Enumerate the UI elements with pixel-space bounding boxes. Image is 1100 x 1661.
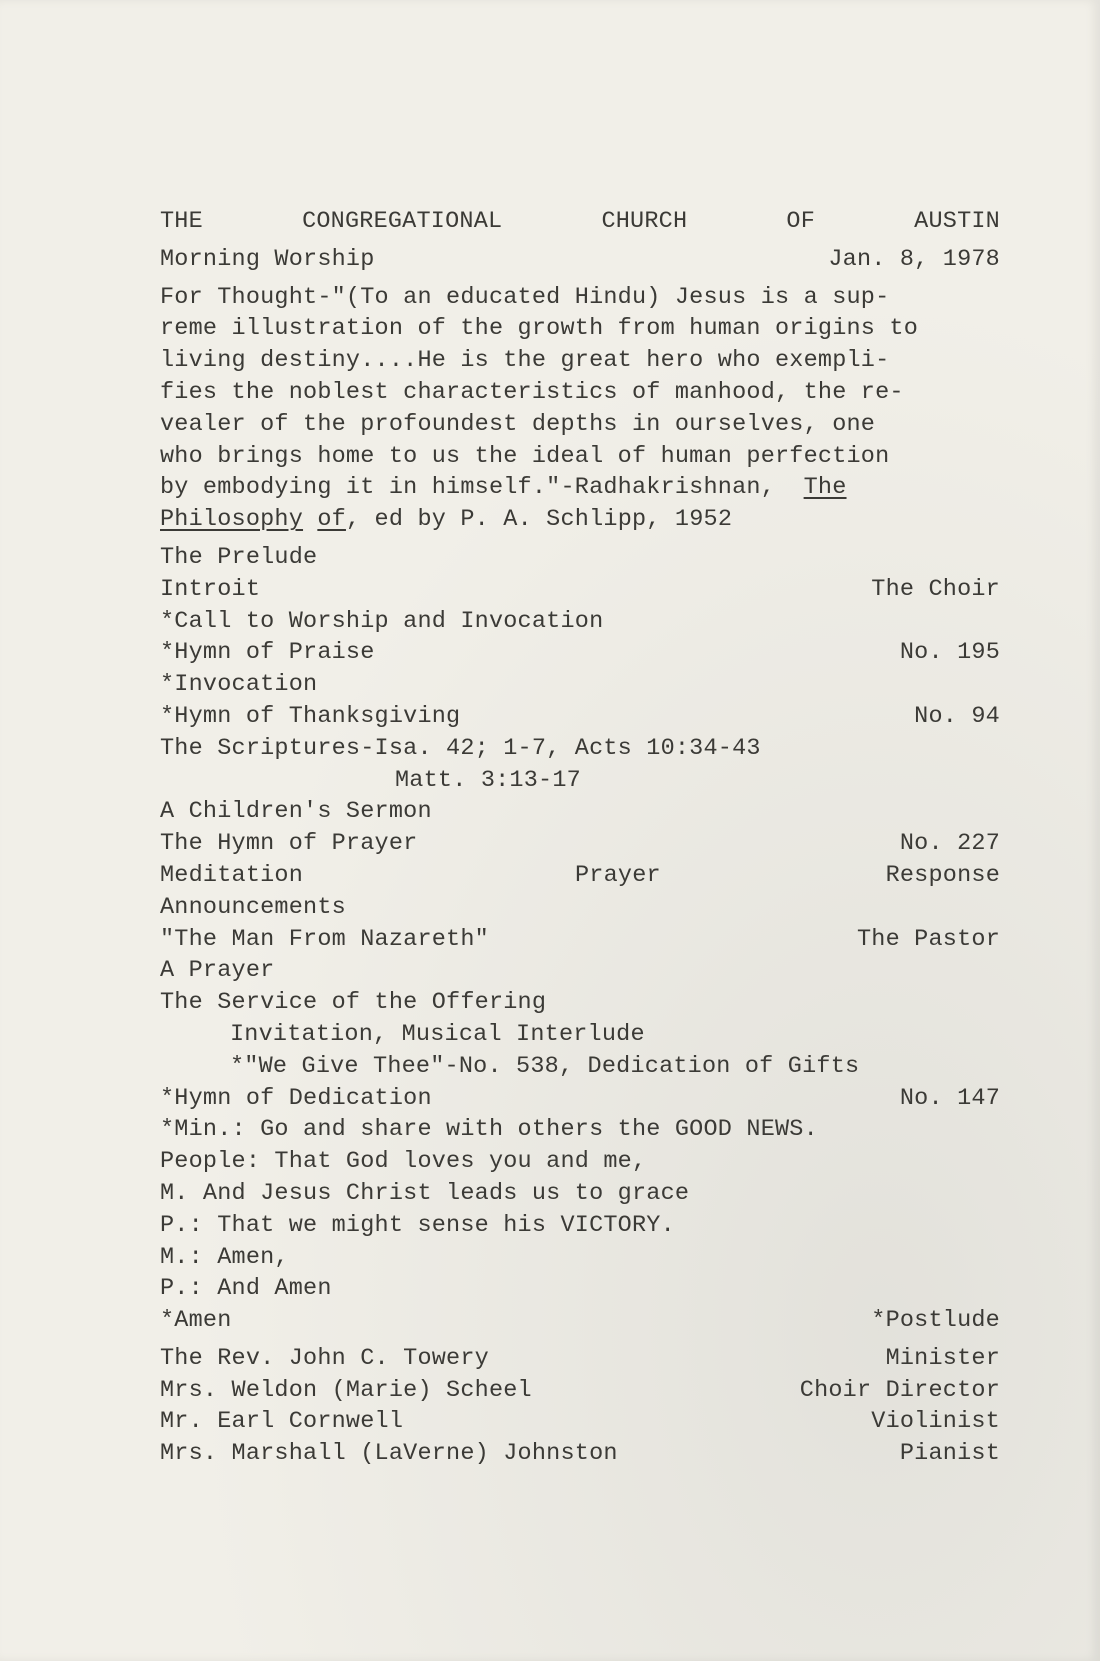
bulletin-text: THE CONGREGATIONAL CHURCH OF AUSTIN Morn… [160,206,1000,1470]
order-item-label: Introit [160,574,260,606]
citation: , ed by P. A. Schlipp, 1952 [346,506,732,533]
staff-name: Mr. Earl Cornwell [160,1406,403,1438]
order-item: Announcements [160,892,1000,924]
order-item: A Prayer [160,955,1000,987]
staff-name: Mrs. Marshall (LaVerne) Johnston [160,1438,618,1470]
staff-row: The Rev. John C. ToweryMinister [160,1343,1000,1375]
order-item: People: That God loves you and me, [160,1146,1000,1178]
order-item: The Prelude [160,542,1000,574]
order-item: "The Man From Nazareth"The Pastor [160,924,1000,956]
order-item-label: The Scriptures-Isa. 42; 1-7, Acts 10:34-… [160,733,761,765]
order-item: MeditationPrayerResponse [160,860,1000,892]
order-item-label: Matt. 3:13-17 [160,765,581,797]
order-item-label: *Hymn of Thanksgiving [160,701,460,733]
order-item-middle: Prayer [575,860,661,892]
staff-row: Mrs. Marshall (LaVerne) JohnstonPianist [160,1438,1000,1470]
order-item-label: *Invocation [160,669,317,701]
order-item-label: Announcements [160,892,346,924]
title-word: CHURCH [601,206,687,238]
quote-line: by embodying it in himself."-Radhakrishn… [160,472,1000,504]
quote-text [303,506,317,533]
order-item-label: P.: And Amen [160,1273,332,1305]
book-title-part: The [804,474,847,501]
book-title-part: Philosophy [160,506,303,533]
order-item: *Hymn of DedicationNo. 147 [160,1083,1000,1115]
order-item-label: A Children's Sermon [160,796,432,828]
order-item: *Hymn of ThanksgivingNo. 94 [160,701,1000,733]
order-item: A Children's Sermon [160,796,1000,828]
order-item: *Min.: Go and share with others the GOOD… [160,1114,1000,1146]
staff-name: Mrs. Weldon (Marie) Scheel [160,1375,532,1407]
staff-role: Pianist [900,1438,1000,1470]
order-item: *"We Give Thee"-No. 538, Dedication of G… [160,1051,1000,1083]
order-item: Invitation, Musical Interlude [160,1019,1000,1051]
order-item-detail: No. 94 [914,701,1000,733]
quote-line: fies the noblest characteristics of manh… [160,377,1000,409]
order-item-label: People: That God loves you and me, [160,1146,646,1178]
title-word: OF [786,206,815,238]
order-item-label: The Hymn of Prayer [160,828,417,860]
order-item: IntroitThe Choir [160,574,1000,606]
order-item-label: Meditation [160,860,303,892]
order-item-label: *Hymn of Praise [160,637,375,669]
quote-line: reme illustration of the growth from hum… [160,313,1000,345]
order-item-label: The Service of the Offering [160,987,546,1019]
quote-line: vealer of the profoundest depths in ours… [160,409,1000,441]
order-item-label: A Prayer [160,955,274,987]
order-of-worship: The PreludeIntroitThe Choir*Call to Wors… [160,542,1000,1337]
title-word: THE [160,206,203,238]
service-name: Morning Worship [160,244,375,276]
order-item-label: *Min.: Go and share with others the GOOD… [160,1114,818,1146]
order-item-detail: No. 195 [900,637,1000,669]
order-item-label: *Call to Worship and Invocation [160,606,603,638]
quote-line: Philosophy of, ed by P. A. Schlipp, 1952 [160,504,1000,536]
order-item-detail: The Pastor [857,924,1000,956]
quote-line: who brings home to us the ideal of human… [160,441,1000,473]
order-item: The Service of the Offering [160,987,1000,1019]
order-item: Matt. 3:13-17 [160,765,1000,797]
order-item: *Amen*Postlude [160,1305,1000,1337]
order-item-detail: The Choir [871,574,1000,606]
order-item-label: M.: Amen, [160,1242,289,1274]
quote-text: by embodying it in himself."-Radhakrishn… [160,474,804,501]
order-item-label: The Prelude [160,542,317,574]
order-item: M.: Amen, [160,1242,1000,1274]
order-item-detail: *Postlude [871,1305,1000,1337]
order-item-label: P.: That we might sense his VICTORY. [160,1210,675,1242]
order-item: *Hymn of PraiseNo. 195 [160,637,1000,669]
order-item: The Scriptures-Isa. 42; 1-7, Acts 10:34-… [160,733,1000,765]
service-header: Morning Worship Jan. 8, 1978 [160,244,1000,276]
title-word: CONGREGATIONAL [302,206,502,238]
order-item-label: *Amen [160,1305,232,1337]
staff-row: Mr. Earl CornwellViolinist [160,1406,1000,1438]
bulletin-page: THE CONGREGATIONAL CHURCH OF AUSTIN Morn… [0,0,1100,1661]
title-word: AUSTIN [914,206,1000,238]
order-item-label: Invitation, Musical Interlude [160,1019,645,1051]
order-item: M. And Jesus Christ leads us to grace [160,1178,1000,1210]
staff-role: Violinist [871,1406,1000,1438]
order-item-label: M. And Jesus Christ leads us to grace [160,1178,689,1210]
staff-row: Mrs. Weldon (Marie) ScheelChoir Director [160,1375,1000,1407]
order-item: The Hymn of PrayerNo. 227 [160,828,1000,860]
order-item-detail: No. 147 [900,1083,1000,1115]
order-item-detail: No. 227 [900,828,1000,860]
order-item-label: *Hymn of Dedication [160,1083,432,1115]
order-item: *Invocation [160,669,1000,701]
staff-name: The Rev. John C. Towery [160,1343,489,1375]
church-title: THE CONGREGATIONAL CHURCH OF AUSTIN [160,206,1000,238]
order-item: *Call to Worship and Invocation [160,606,1000,638]
staff-role: Minister [886,1343,1000,1375]
order-item-label: "The Man From Nazareth" [160,924,489,956]
service-date: Jan. 8, 1978 [828,244,1000,276]
for-thought-quote: For Thought-"(To an educated Hindu) Jesu… [160,282,1000,536]
book-title-part: of [317,506,346,533]
quote-line: For Thought-"(To an educated Hindu) Jesu… [160,282,1000,314]
order-item: P.: And Amen [160,1273,1000,1305]
order-item: P.: That we might sense his VICTORY. [160,1210,1000,1242]
order-item-label: *"We Give Thee"-No. 538, Dedication of G… [160,1051,859,1083]
staff-role: Choir Director [800,1375,1000,1407]
quote-line: living destiny....He is the great hero w… [160,345,1000,377]
order-item-detail: Response [886,860,1000,892]
staff-list: The Rev. John C. ToweryMinisterMrs. Weld… [160,1343,1000,1470]
